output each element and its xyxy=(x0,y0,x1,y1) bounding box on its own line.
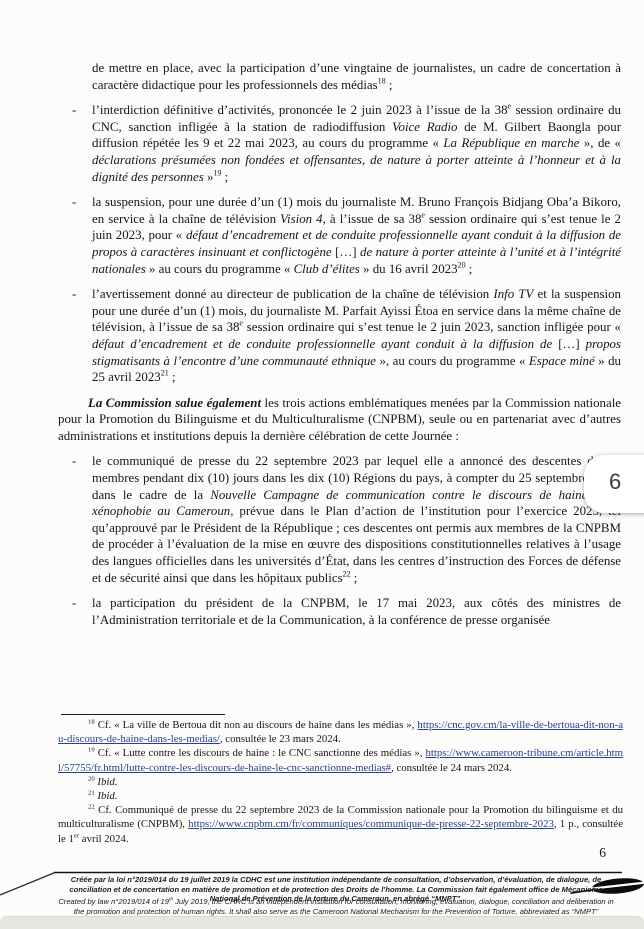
bullet-text: l’interdiction définitive d’activités, p… xyxy=(92,103,621,183)
bullet-item-participation: - la participation du président de la CN… xyxy=(58,595,621,628)
intro-paragraph: de mettre en place, avec la participatio… xyxy=(92,60,621,93)
bullet-item-interdiction: - l’interdiction définitive d’activités,… xyxy=(58,102,621,185)
footnote-22: 22 Cf. Communiqué de presse du 22 septem… xyxy=(58,803,623,846)
bullet-text: l’avertissement donné au directeur de pu… xyxy=(92,287,621,384)
footnote-link[interactable]: https://www.cnpbm.cm/fr/communiques/comm… xyxy=(188,818,554,830)
footnote-19: 19 Cf. « Lutte contre les discours de ha… xyxy=(58,746,623,774)
bottom-edge-strip xyxy=(0,916,644,929)
footnote-18: 18 Cf. « La ville de Bertoua dit non au … xyxy=(58,718,623,746)
footnote-20: 20 Ibid. xyxy=(58,775,623,789)
footnote-separator xyxy=(61,714,225,715)
page-number: 6 xyxy=(599,845,606,861)
footer-left-swoosh xyxy=(0,873,55,896)
body-text: de mettre en place, avec la participatio… xyxy=(58,60,621,637)
document-page: de mettre en place, avec la participatio… xyxy=(0,0,644,929)
dash-bullet-icon: - xyxy=(72,595,76,612)
bullet-item-communique: - le communiqué de presse du 22 septembr… xyxy=(58,453,621,586)
footnotes-section: 18 Cf. « La ville de Bertoua dit non au … xyxy=(58,714,623,846)
bullet-item-suspension-bidjang: - la suspension, pour une durée d’un (1)… xyxy=(58,194,621,277)
dash-bullet-icon: - xyxy=(72,102,76,119)
footer-text-english: Created by law n°2019/014 of 19th July 2… xyxy=(55,897,617,916)
dash-bullet-icon: - xyxy=(72,194,76,211)
bullet-text: la suspension, pour une durée d’un (1) m… xyxy=(92,195,621,275)
page-indicator-number: 6 xyxy=(609,469,621,495)
bullet-text: le communiqué de presse du 22 septembre … xyxy=(92,454,621,584)
footnote-21: 21 Ibid. xyxy=(58,789,623,803)
commission-paragraph: La Commission salue également les trois … xyxy=(58,395,621,445)
dash-bullet-icon: - xyxy=(72,286,76,303)
dash-bullet-icon: - xyxy=(72,453,76,470)
page-footer: Créée par la loi n°2019/014 du 19 juille… xyxy=(0,868,644,918)
bullet-text: la participation du président de la CNPB… xyxy=(92,596,621,627)
page-indicator-bubble: 6 xyxy=(584,455,644,513)
bullet-item-avertissement-infotv: - l’avertissement donné au directeur de … xyxy=(58,286,621,386)
